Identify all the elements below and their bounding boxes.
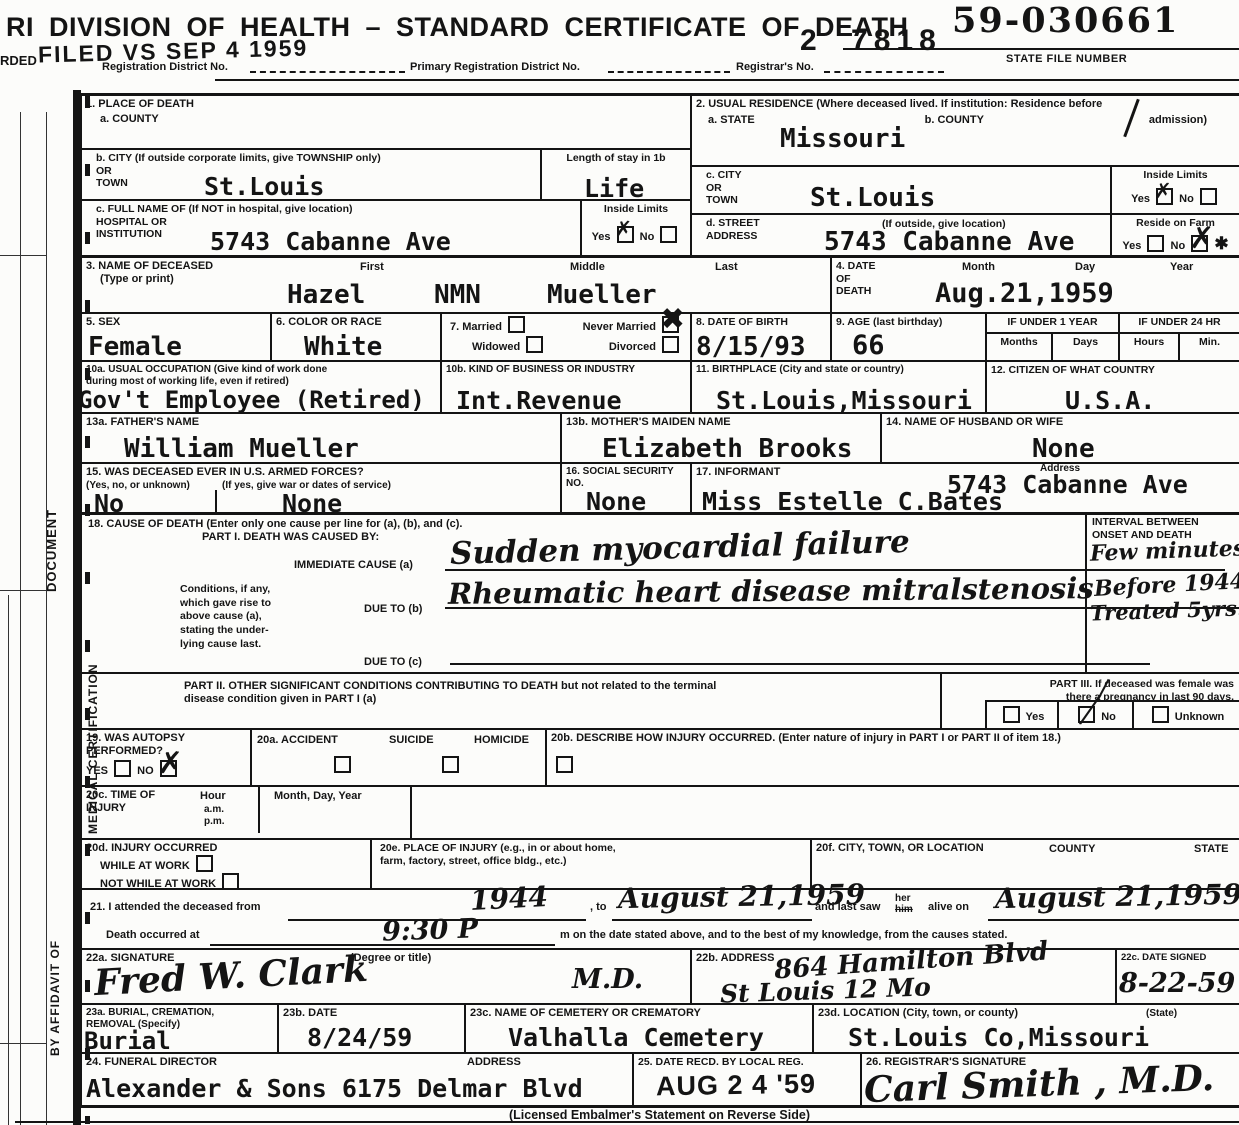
widowed-text: Widowed xyxy=(472,341,520,353)
field-20f-label: 20f. CITY, TOWN, OR LOCATION xyxy=(816,842,1235,855)
name-first-label: First xyxy=(360,261,384,274)
field-21-p2: , to xyxy=(590,901,607,914)
field-23b-label: 23b. DATE xyxy=(283,1007,460,1020)
registration-district-blank xyxy=(250,71,405,73)
field-25-label: 25. DATE RECD. BY LOCAL REG. xyxy=(638,1056,856,1069)
ampm-label: a.m. p.m. xyxy=(204,804,225,828)
inside-limits-2-no-checkbox xyxy=(1200,188,1217,205)
field-20c-divider xyxy=(258,787,260,833)
box-1c-inside-limits: Inside Limits Yes ✗ No xyxy=(580,199,690,255)
interval-a-value: Few minutes xyxy=(1090,537,1239,564)
name-middle-value: NMN xyxy=(434,282,481,308)
box-9-months: Months xyxy=(985,332,1051,360)
box-22b-address: 22b. ADDRESS 864 Hamilton Blvd St Louis … xyxy=(690,948,1115,1003)
box-9-under-1-year: IF UNDER 1 YEAR xyxy=(985,312,1118,332)
name-first-value: Hazel xyxy=(287,282,365,308)
pregnancy-yes-label: Yes xyxy=(1025,711,1044,723)
field-24-label: 24. FUNERAL DIRECTOR xyxy=(86,1056,628,1069)
field-10a-label: 10a. USUAL OCCUPATION (Give kind of work… xyxy=(86,364,436,388)
field-13a-value: William Mueller xyxy=(124,436,359,462)
physician-address-line2: St Louis 12 Mo xyxy=(720,974,932,1006)
part-1-label: PART I. DEATH WAS CAUSED BY: xyxy=(202,531,379,544)
part-2-label: PART II. OTHER SIGNIFICANT CONDITIONS CO… xyxy=(184,680,716,706)
field-1-title: 1. PLACE OF DEATH xyxy=(86,98,686,111)
field-21-p5: Death occurred at xyxy=(106,929,200,942)
days-label: Days xyxy=(1057,336,1114,349)
due-to-b-label: DUE TO (b) xyxy=(364,603,422,616)
state-header-label: STATE xyxy=(1194,843,1228,856)
inside-limits-2-yes-label: Yes xyxy=(1131,193,1150,205)
inside-limits-1-yes-checkbox: ✗ xyxy=(617,226,634,243)
informant-name-value: Miss Estelle C.Bates xyxy=(702,489,1003,514)
cause-c-rule xyxy=(450,663,1150,665)
box-11-birthplace: 11. BIRTHPLACE (City and state or countr… xyxy=(690,360,985,412)
box-23a-burial: 23a. BURIAL, CREMATION, REMOVAL (Specify… xyxy=(80,1003,277,1052)
interval-column-divider xyxy=(1085,512,1087,672)
field-22c-label: 22c. DATE SIGNED xyxy=(1121,952,1235,963)
field-13a-label: 13a. FATHER'S NAME xyxy=(86,416,556,429)
name-middle-label: Middle xyxy=(570,261,605,274)
accident-label: 20a. ACCIDENT xyxy=(257,734,338,747)
box-1c-hospital: c. FULL NAME OF (If NOT in hospital, giv… xyxy=(80,199,580,255)
box-part-2: PART II. OTHER SIGNIFICANT CONDITIONS CO… xyxy=(80,672,940,728)
row-20c-top-rule xyxy=(412,785,1239,787)
min-label: Min. xyxy=(1184,336,1235,349)
box-12-citizen: 12. CITIZEN OF WHAT COUNTRY U.S.A. xyxy=(985,360,1239,412)
month-day-year-label: Month, Day, Year xyxy=(274,790,362,803)
physician-degree-value: M.D. xyxy=(572,966,643,993)
due-to-b-value: Rheumatic heart disease mitralstenosis xyxy=(448,574,1094,609)
field-23d-state-label: (State) xyxy=(1146,1008,1177,1020)
box-13a-father: 13a. FATHER'S NAME William Mueller xyxy=(80,412,560,462)
margin-rule-1 xyxy=(20,112,21,1125)
last-saw-rule xyxy=(988,919,1239,921)
due-to-c-label: DUE TO (c) xyxy=(364,656,422,669)
immediate-cause-value: Sudden myocardial failure xyxy=(450,527,910,570)
box-22a-signature: 22a. SIGNATURE (Degree or title) Fred W.… xyxy=(80,948,690,1003)
under-1-year-label: IF UNDER 1 YEAR xyxy=(991,316,1114,329)
box-9-hours: Hours xyxy=(1118,332,1178,360)
primary-registration-blank xyxy=(608,71,730,73)
box-10a-occupation: 10a. USUAL OCCUPATION (Give kind of work… xyxy=(80,360,440,412)
pregnancy-yes-checkbox xyxy=(1003,706,1020,723)
accident-checkbox xyxy=(334,756,351,773)
box-4-date-of-death: 4. DATE OF DEATH Month Day Year Aug.21,1… xyxy=(830,255,1239,312)
box-5-sex: 5. SEX Female xyxy=(80,312,270,360)
death-certificate-scan: RI DIVISION OF HEALTH – STANDARD CERTIFI… xyxy=(0,0,1239,1125)
under-24-hr-label: IF UNDER 24 HR xyxy=(1124,316,1235,329)
field-1a-county-label: a. COUNTY xyxy=(100,113,686,126)
box-18-cause-of-death: 18. CAUSE OF DEATH (Enter only one cause… xyxy=(80,512,1239,672)
box-26-registrar-signature: 26. REGISTRAR'S SIGNATURE Carl Smith , M… xyxy=(860,1052,1239,1105)
field-13b-value: Elizabeth Brooks xyxy=(602,436,852,462)
field-5-value: Female xyxy=(88,334,182,360)
field-5-label: 5. SEX xyxy=(86,316,266,329)
box-2c-inside-limits: Inside Limits Yes ✗ No xyxy=(1110,165,1239,213)
suicide-label: SUICIDE xyxy=(389,734,434,747)
last-saw-value: August 21,1959 xyxy=(995,881,1239,913)
pregnancy-unknown-checkbox xyxy=(1152,706,1169,723)
field-6-label: 6. COLOR OR RACE xyxy=(276,316,436,329)
death-time-value: 9:30 P xyxy=(382,915,479,945)
homicide-label: HOMICIDE xyxy=(474,734,529,747)
field-10b-label: 10b. KIND OF BUSINESS OR INDUSTRY xyxy=(446,364,686,376)
box-20b-describe-injury: 20b. DESCRIBE HOW INJURY OCCURRED. (Ente… xyxy=(545,728,1239,785)
field-8-value: 8/15/93 xyxy=(696,334,806,360)
box-23b-date: 23b. DATE 8/24/59 xyxy=(277,1003,464,1052)
county-header-label: COUNTY xyxy=(1049,843,1095,856)
farm-no-checkbox: ✗ xyxy=(1191,235,1208,252)
marital-divorced-label: Divorced xyxy=(609,336,682,354)
field-9-label: 9. AGE (last birthday) xyxy=(836,316,981,329)
attended-from-value: 1944 xyxy=(469,883,548,915)
cause-b-rule xyxy=(445,607,1239,609)
farm-no-extra-mark: ✱ xyxy=(1214,234,1228,253)
dod-year-label: Year xyxy=(1170,261,1193,274)
box-14-spouse: 14. NAME OF HUSBAND OR WIFE None xyxy=(880,412,1239,462)
field-2-title-cont: admission) xyxy=(1149,114,1207,127)
margin-label-document: DOCUMENT xyxy=(44,500,59,592)
field-23c-label: 23c. NAME OF CEMETERY OR CREMATORY xyxy=(470,1007,808,1020)
box-6-color-or-race: 6. COLOR OR RACE White xyxy=(270,312,440,360)
name-last-value: Mueller xyxy=(547,282,657,308)
farm-no-label: No xyxy=(1171,240,1186,252)
registrars-no-blank xyxy=(824,71,944,73)
field-21-p3: and last saw xyxy=(815,901,880,914)
box-2d-street: d. STREET ADDRESS (If outside, give loca… xyxy=(690,213,1110,255)
box-2-usual-residence: 2. USUAL RESIDENCE (Where deceased lived… xyxy=(690,93,1239,165)
field-1c-value: 5743 Cabanne Ave xyxy=(210,229,451,254)
box-10b-industry: 10b. KIND OF BUSINESS OR INDUSTRY Int.Re… xyxy=(440,360,690,412)
inside-limits-1-yes-label: Yes xyxy=(592,231,611,243)
box-3-name-of-deceased: 3. NAME OF DECEASED (Type or print) Firs… xyxy=(80,255,830,312)
inside-limits-label-2: Inside Limits xyxy=(1116,169,1235,182)
pregnancy-no-checkbox: ╱ xyxy=(1078,706,1095,723)
box-2d-reside-on-farm: Reside on Farm Yes No ✗ ✱ xyxy=(1110,213,1239,255)
field-23c-value: Valhalla Cemetery xyxy=(508,1025,764,1050)
autopsy-no-label: NO xyxy=(137,765,154,777)
field-6-value: White xyxy=(304,334,382,360)
state-file-underline xyxy=(843,48,1239,50)
box-16-ssn: 16. SOCIAL SECURITY NO. None xyxy=(560,462,690,512)
state-file-number: 59-030661 xyxy=(952,0,1179,41)
box-9-under-24-hr: IF UNDER 24 HR xyxy=(1118,312,1239,332)
cause-a-rule xyxy=(445,569,1225,571)
box-pregnancy-unknown: Unknown xyxy=(1132,700,1239,728)
box-25-date-received: 25. DATE RECD. BY LOCAL REG. AUG 2 4 '59 xyxy=(632,1052,860,1105)
to-rule xyxy=(612,919,812,921)
field-21-p4: alive on xyxy=(928,901,969,914)
months-label: Months xyxy=(991,336,1047,349)
dod-day-label: Day xyxy=(1075,261,1095,274)
box-9-days: Days xyxy=(1051,332,1118,360)
field-15-divider xyxy=(215,490,217,514)
box-17-informant: 17. INFORMANT Address 5743 Cabanne Ave M… xyxy=(690,462,1239,512)
hours-label: Hours xyxy=(1124,336,1174,349)
inside-limits-1-no-label: No xyxy=(640,231,655,243)
never-married-text: Never Married xyxy=(583,321,656,333)
pregnancy-unknown-label: Unknown xyxy=(1175,711,1225,723)
autopsy-no-checkbox: ✗ xyxy=(160,760,177,777)
farm-yes-label: Yes xyxy=(1122,240,1141,252)
box-13b-mother: 13b. MOTHER'S MAIDEN NAME Elizabeth Broo… xyxy=(560,412,880,462)
date-received-stamp: AUG 2 4 '59 xyxy=(656,1071,816,1101)
header-rule xyxy=(215,79,1239,81)
margin-label-by-affidavit-of: BY AFFIDAVIT OF xyxy=(48,938,62,1056)
box-23d-location: 23d. LOCATION (City, town, or county) (S… xyxy=(812,1003,1239,1052)
field-12-label: 12. CITIZEN OF WHAT COUNTRY xyxy=(991,364,1235,377)
box-19-autopsy: 19. WAS AUTOPSY PERFORMED? YES NO ✗ xyxy=(80,728,250,785)
box-23c-cemetery: 23c. NAME OF CEMETERY OR CREMATORY Valha… xyxy=(464,1003,812,1052)
marital-married-label: 7. Married xyxy=(450,316,528,334)
inside-limits-2-yes-mark: ✗ xyxy=(1154,181,1172,202)
box-1b-length-of-stay: Length of stay in 1b Life xyxy=(540,148,690,199)
date-signed-value: 8-22-59 xyxy=(1119,970,1235,997)
field-20b-label: 20b. DESCRIBE HOW INJURY OCCURRED. (Ente… xyxy=(551,732,1235,745)
field-9-value: 66 xyxy=(852,332,885,359)
autopsy-no-mark: ✗ xyxy=(158,749,183,779)
field-23a-value: Burial xyxy=(84,1029,171,1053)
field-2d-value: 5743 Cabanne Ave xyxy=(824,229,1074,255)
autopsy-yes-checkbox xyxy=(114,760,131,777)
box-20d-injury-at-work: 20d. INJURY OCCURRED WHILE AT WORK NOT W… xyxy=(80,838,370,888)
hour-label: Hour xyxy=(200,790,226,803)
field-23b-value: 8/24/59 xyxy=(307,1025,412,1050)
field-11-value: St.Louis,Missouri xyxy=(716,388,972,413)
pregnancy-no-label: No xyxy=(1101,711,1116,723)
box-2c-city: c. CITY OR TOWN St.Louis xyxy=(690,165,1110,213)
field-23d-value: St.Louis Co,Missouri xyxy=(848,1025,1149,1050)
margin-fragment-text: RDED xyxy=(0,53,37,69)
box-pregnancy-no: ╱ No xyxy=(1057,700,1132,728)
length-of-stay-label: Length of stay in 1b xyxy=(546,152,686,165)
married-text: 7. Married xyxy=(450,321,502,333)
field-21-p1: 21. I attended the deceased from xyxy=(90,901,261,914)
field-14-label: 14. NAME OF HUSBAND OR WIFE xyxy=(886,416,1235,429)
box-15-armed-forces: 15. WAS DECEASED EVER IN U.S. ARMED FORC… xyxy=(80,462,560,512)
box-20c-time-of-injury: 20c. TIME OF INJURY Hour a.m. p.m. Month… xyxy=(80,785,412,838)
inside-limits-label-1: Inside Limits xyxy=(586,203,686,216)
box-1-place-of-death: 1. PLACE OF DEATH a. COUNTY xyxy=(80,93,690,148)
box-1b-city: b. CITY (If outside corporate limits, gi… xyxy=(80,148,540,199)
field-24-value: Alexander & Sons 6175 Delmar Blvd xyxy=(86,1076,583,1101)
never-married-mark: ✖ xyxy=(660,305,685,335)
margin-cross-1 xyxy=(0,255,46,256)
inside-limits-2-yes-checkbox: ✗ xyxy=(1156,188,1173,205)
registration-district-label: Registration District No. xyxy=(102,61,228,74)
field-21-p6: m on the date stated above, and to the b… xyxy=(560,929,1007,942)
field-10a-value: Gov't Employee (Retired) xyxy=(78,388,425,412)
box-8-date-of-birth: 8. DATE OF BIRTH 8/15/93 xyxy=(690,312,830,360)
field-2a-state-value: Missouri xyxy=(780,126,905,152)
field-15-label: 15. WAS DECEASED EVER IN U.S. ARMED FORC… xyxy=(86,466,556,479)
him-label: him xyxy=(895,904,913,916)
field-2a-state-label: a. STATE xyxy=(708,114,755,127)
divorced-text: Divorced xyxy=(609,341,656,353)
length-of-stay-value: Life xyxy=(584,176,644,201)
immediate-cause-label: IMMEDIATE CAUSE (a) xyxy=(294,559,413,572)
margin-cross-3 xyxy=(0,1043,46,1044)
box-9-min: Min. xyxy=(1178,332,1239,360)
field-13b-label: 13b. MOTHER'S MAIDEN NAME xyxy=(566,416,876,429)
box-9-age: 9. AGE (last birthday) 66 xyxy=(830,312,985,360)
local-number-stamp: 2 7818 xyxy=(800,26,942,56)
field-20d-label: 20d. INJURY OCCURRED xyxy=(86,842,366,855)
never-married-checkbox: ✖ xyxy=(662,316,679,333)
field-14-value: None xyxy=(1032,436,1095,462)
while-at-work-label: WHILE AT WORK xyxy=(100,860,190,872)
reside-on-farm-label: Reside on Farm xyxy=(1116,217,1235,230)
margin-rule-2 xyxy=(46,112,47,1125)
field-8-label: 8. DATE OF BIRTH xyxy=(696,316,826,329)
box-20a-manner: 20a. ACCIDENT SUICIDE HOMICIDE xyxy=(250,728,545,785)
field-16-value: None xyxy=(586,489,646,514)
interval-b2-value: Treated 5yrs. xyxy=(1090,597,1239,623)
inside-limits-1-no-checkbox xyxy=(660,226,677,243)
field-2-title: 2. USUAL RESIDENCE (Where deceased lived… xyxy=(696,98,1235,111)
field-1b-city-value: St.Louis xyxy=(204,174,324,199)
while-at-work-checkbox xyxy=(196,855,213,872)
divorced-checkbox xyxy=(662,336,679,353)
conditions-note: Conditions, if any, which gave rise to a… xyxy=(180,583,271,651)
funeral-address-label: ADDRESS xyxy=(467,1056,521,1069)
widowed-checkbox xyxy=(526,336,543,353)
field-2b-county-label: b. COUNTY xyxy=(925,114,984,127)
inside-limits-2-no-label: No xyxy=(1179,193,1194,205)
margin-rule-3 xyxy=(8,595,9,1125)
field-18-label: 18. CAUSE OF DEATH (Enter only one cause… xyxy=(88,518,462,531)
field-11-label: 11. BIRTHPLACE (City and state or countr… xyxy=(696,364,981,376)
dod-month-label: Month xyxy=(962,261,995,274)
inside-limits-1-yes-mark: ✗ xyxy=(615,219,633,240)
primary-registration-label: Primary Registration District No. xyxy=(410,61,580,74)
page-bottom-rule xyxy=(15,1121,1239,1123)
field-2c-value: St.Louis xyxy=(810,185,935,211)
registrars-no-label: Registrar's No. xyxy=(736,61,814,74)
field-20e-label: 20e. PLACE OF INJURY (e.g., in or about … xyxy=(380,842,806,867)
dod-value: Aug.21,1959 xyxy=(935,280,1114,307)
farm-yes-checkbox xyxy=(1147,235,1164,252)
field-10b-value: Int.Revenue xyxy=(456,388,622,413)
state-file-number-label: STATE FILE NUMBER xyxy=(1006,53,1127,66)
box-pregnancy-yes: Yes xyxy=(985,700,1057,728)
field-12-value: U.S.A. xyxy=(1065,388,1155,413)
marital-never-label: Never Married ✖ xyxy=(583,316,682,334)
farm-no-mark: ✗ xyxy=(1189,224,1214,254)
box-7-marital-status: 7. Married Never Married ✖ Widowed Divor… xyxy=(440,312,690,360)
box-24-funeral-director: 24. FUNERAL DIRECTOR ADDRESS Alexander &… xyxy=(80,1052,632,1105)
margin-cross-2 xyxy=(0,590,46,591)
married-checkbox xyxy=(508,316,525,333)
box-22c-date-signed: 22c. DATE SIGNED 8-22-59 xyxy=(1115,948,1239,1003)
autopsy-yes-label: YES xyxy=(86,765,108,777)
name-last-label: Last xyxy=(715,261,738,274)
registrar-signature-value: Carl Smith , M.D. xyxy=(863,1060,1214,1108)
suicide-checkbox xyxy=(442,756,459,773)
marital-widowed-label: Widowed xyxy=(472,336,546,354)
